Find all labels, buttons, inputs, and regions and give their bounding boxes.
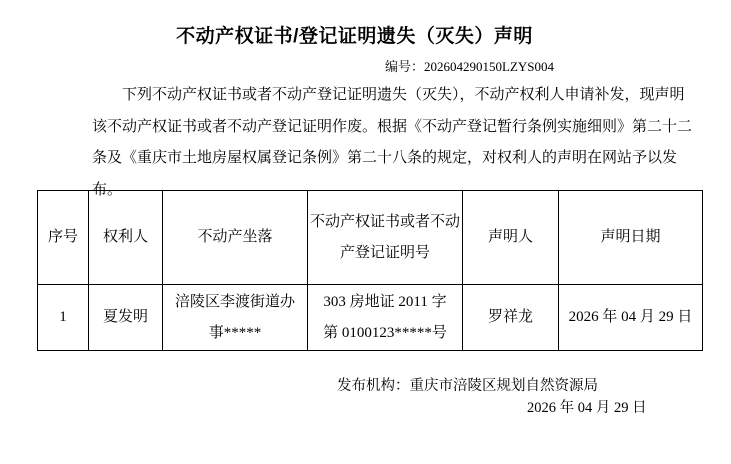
col-header-date: 声明日期: [559, 191, 703, 285]
cell-seq: 1: [38, 285, 89, 351]
cell-location: 涪陵区李渡街道办 事*****: [163, 285, 308, 351]
publisher-line: 发布机构：重庆市涪陵区规划自然资源局: [337, 374, 598, 395]
cell-date: 2026 年 04 月 29 日: [559, 285, 703, 351]
declaration-table: 序号 权利人 不动产坐落 不动产权证书或者不动 产登记证明号 声明人 声明日期 …: [37, 190, 703, 351]
document-page: 不动产权证书/登记证明遗失（灭失）声明 编号：202604290150LZYS0…: [0, 0, 731, 464]
document-number-label: 编号：: [385, 59, 424, 74]
table-header-row: 序号 权利人 不动产坐落 不动产权证书或者不动 产登记证明号 声明人 声明日期: [38, 191, 703, 285]
table-row: 1 夏发明 涪陵区李渡街道办 事***** 303 房地证 2011 字 第 0…: [38, 285, 703, 351]
cell-holder: 夏发明: [89, 285, 163, 351]
col-header-holder: 权利人: [89, 191, 163, 285]
col-header-seq: 序号: [38, 191, 89, 285]
col-header-declarant: 声明人: [463, 191, 559, 285]
page-title: 不动产权证书/登记证明遗失（灭失）声明: [0, 21, 720, 48]
declaration-paragraph: 下列不动产权证书或者不动产登记证明遗失（灭失），不动产权利人申请补发，现声明 该…: [92, 80, 692, 206]
col-header-location: 不动产坐落: [163, 191, 308, 285]
document-number-value: 202604290150LZYS004: [424, 59, 554, 74]
document-number-line: 编号：202604290150LZYS004: [385, 56, 554, 75]
col-header-cert-no: 不动产权证书或者不动 产登记证明号: [308, 191, 463, 285]
cell-declarant: 罗祥龙: [463, 285, 559, 351]
publish-date: 2026 年 04 月 29 日: [527, 396, 647, 417]
cell-cert-no: 303 房地证 2011 字 第 0100123*****号: [308, 285, 463, 351]
